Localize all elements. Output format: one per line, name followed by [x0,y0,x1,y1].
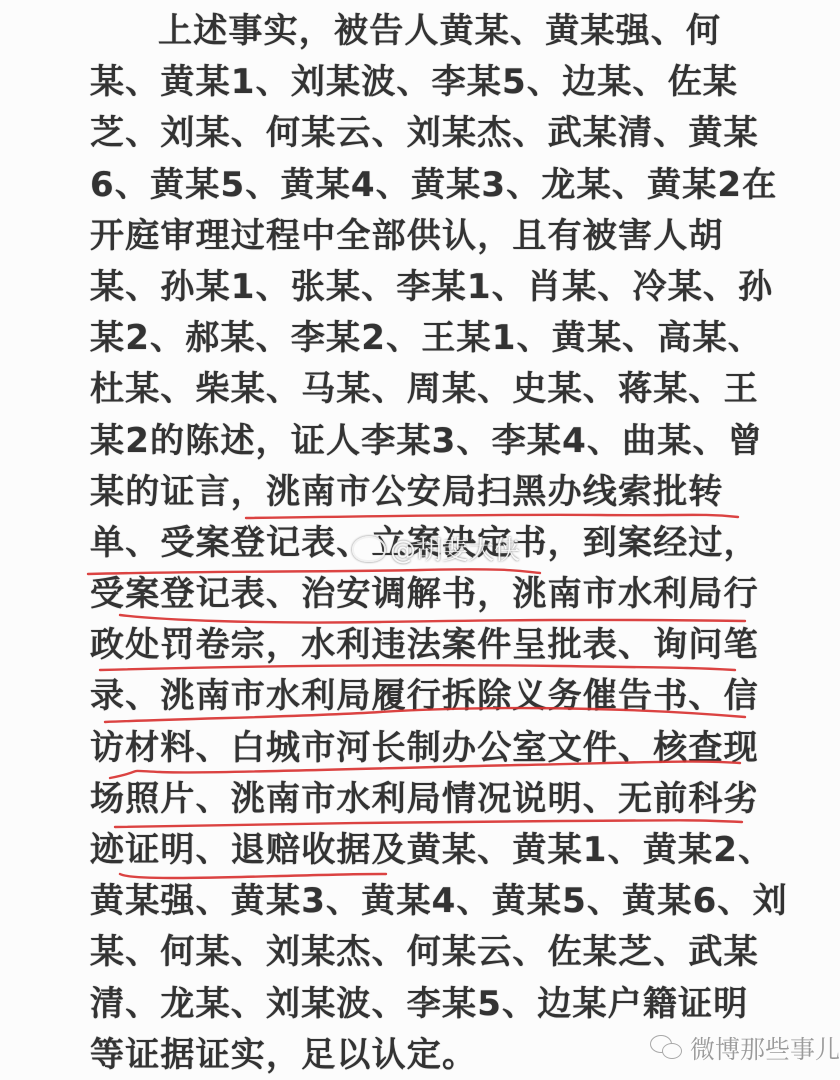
weibo-logo-icon [352,536,386,562]
document-page: 上述事实，被告人黄某、黄某强、何 某、黄某1、刘某波、李某5、边某、佐某 芝、刘… [0,0,840,1080]
weibo-watermark: @胡斐大侠 [352,530,520,567]
text-line: 政处罚卷宗，水利违法案件呈批表、询问笔 [90,620,755,671]
text-line: 杜某、柴某、马某、周某、史某、蒋某、王 [90,364,755,415]
text-line: 某、何某、刘某杰、何某云、佐某芝、武某 [90,927,755,978]
text-line: 某的证言，洮南市公安局扫黑办线索批转 [90,467,755,518]
text-line: 某、黄某1、刘某波、李某5、边某、佐某 [90,57,755,108]
text-line: 某2的陈述，证人李某3、李某4、曲某、曾 [90,416,755,467]
text-line: 某、孙某1、张某、李某1、肖某、冷某、孙 [90,262,755,313]
text-line: 受案登记表、治安调解书，洮南市水利局行 [90,569,755,620]
text-line: 6、黄某5、黄某4、黄某3、龙某、黄某2在 [90,160,755,211]
text-line: 场照片、洮南市水利局情况说明、无前科劣 [90,774,755,825]
text-line: 清、龙某、刘某波、李某5、边某户籍证明 [90,979,755,1030]
wechat-watermark: 微博那些事儿 [650,1030,840,1066]
text-line: 芝、刘某、何某云、刘某杰、武某清、黄某 [90,108,755,159]
text-line: 开庭审理过程中全部供认，且有被害人胡 [90,211,755,262]
weibo-watermark-text: @胡斐大侠 [390,530,520,567]
text-line: 黄某强、黄某3、黄某4、黄某5、黄某6、刘 [90,876,755,927]
text-line: 迹证明、退赔收据及黄某、黄某1、黄某2、 [90,825,755,876]
wechat-watermark-text: 微博那些事儿 [690,1030,840,1066]
wechat-logo-icon [650,1035,684,1061]
text-line: 某2、郝某、李某2、王某1、黄某、高某、 [90,313,755,364]
text-line: 录、洮南市水利局履行拆除义务催告书、信 [90,671,755,722]
text-line: 上述事实，被告人黄某、黄某强、何 [90,6,755,57]
text-line: 访材料、白城市河长制办公室文件、核查现 [90,723,755,774]
